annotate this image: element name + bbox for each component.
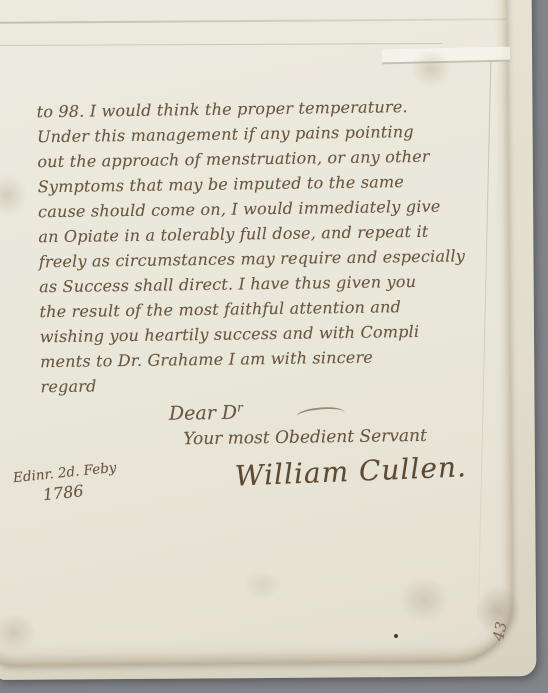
- pen-flourish: [296, 405, 345, 425]
- salutation-superscript: r: [237, 400, 243, 414]
- salutation: Dear Dr: [169, 400, 243, 424]
- signature: William Cullen.: [234, 450, 467, 492]
- handwritten-ink-layer: to 98. I would think the proper temperat…: [0, 0, 548, 693]
- salutation-text: Dear D: [169, 402, 237, 425]
- dateline: Edinr. 2d. Feby 1786: [12, 458, 119, 508]
- letter-body: to 98. I would think the proper temperat…: [37, 93, 471, 399]
- photo-backdrop: to 98. I would think the proper temperat…: [0, 0, 548, 693]
- valediction: Your most Obedient Servant: [183, 426, 427, 449]
